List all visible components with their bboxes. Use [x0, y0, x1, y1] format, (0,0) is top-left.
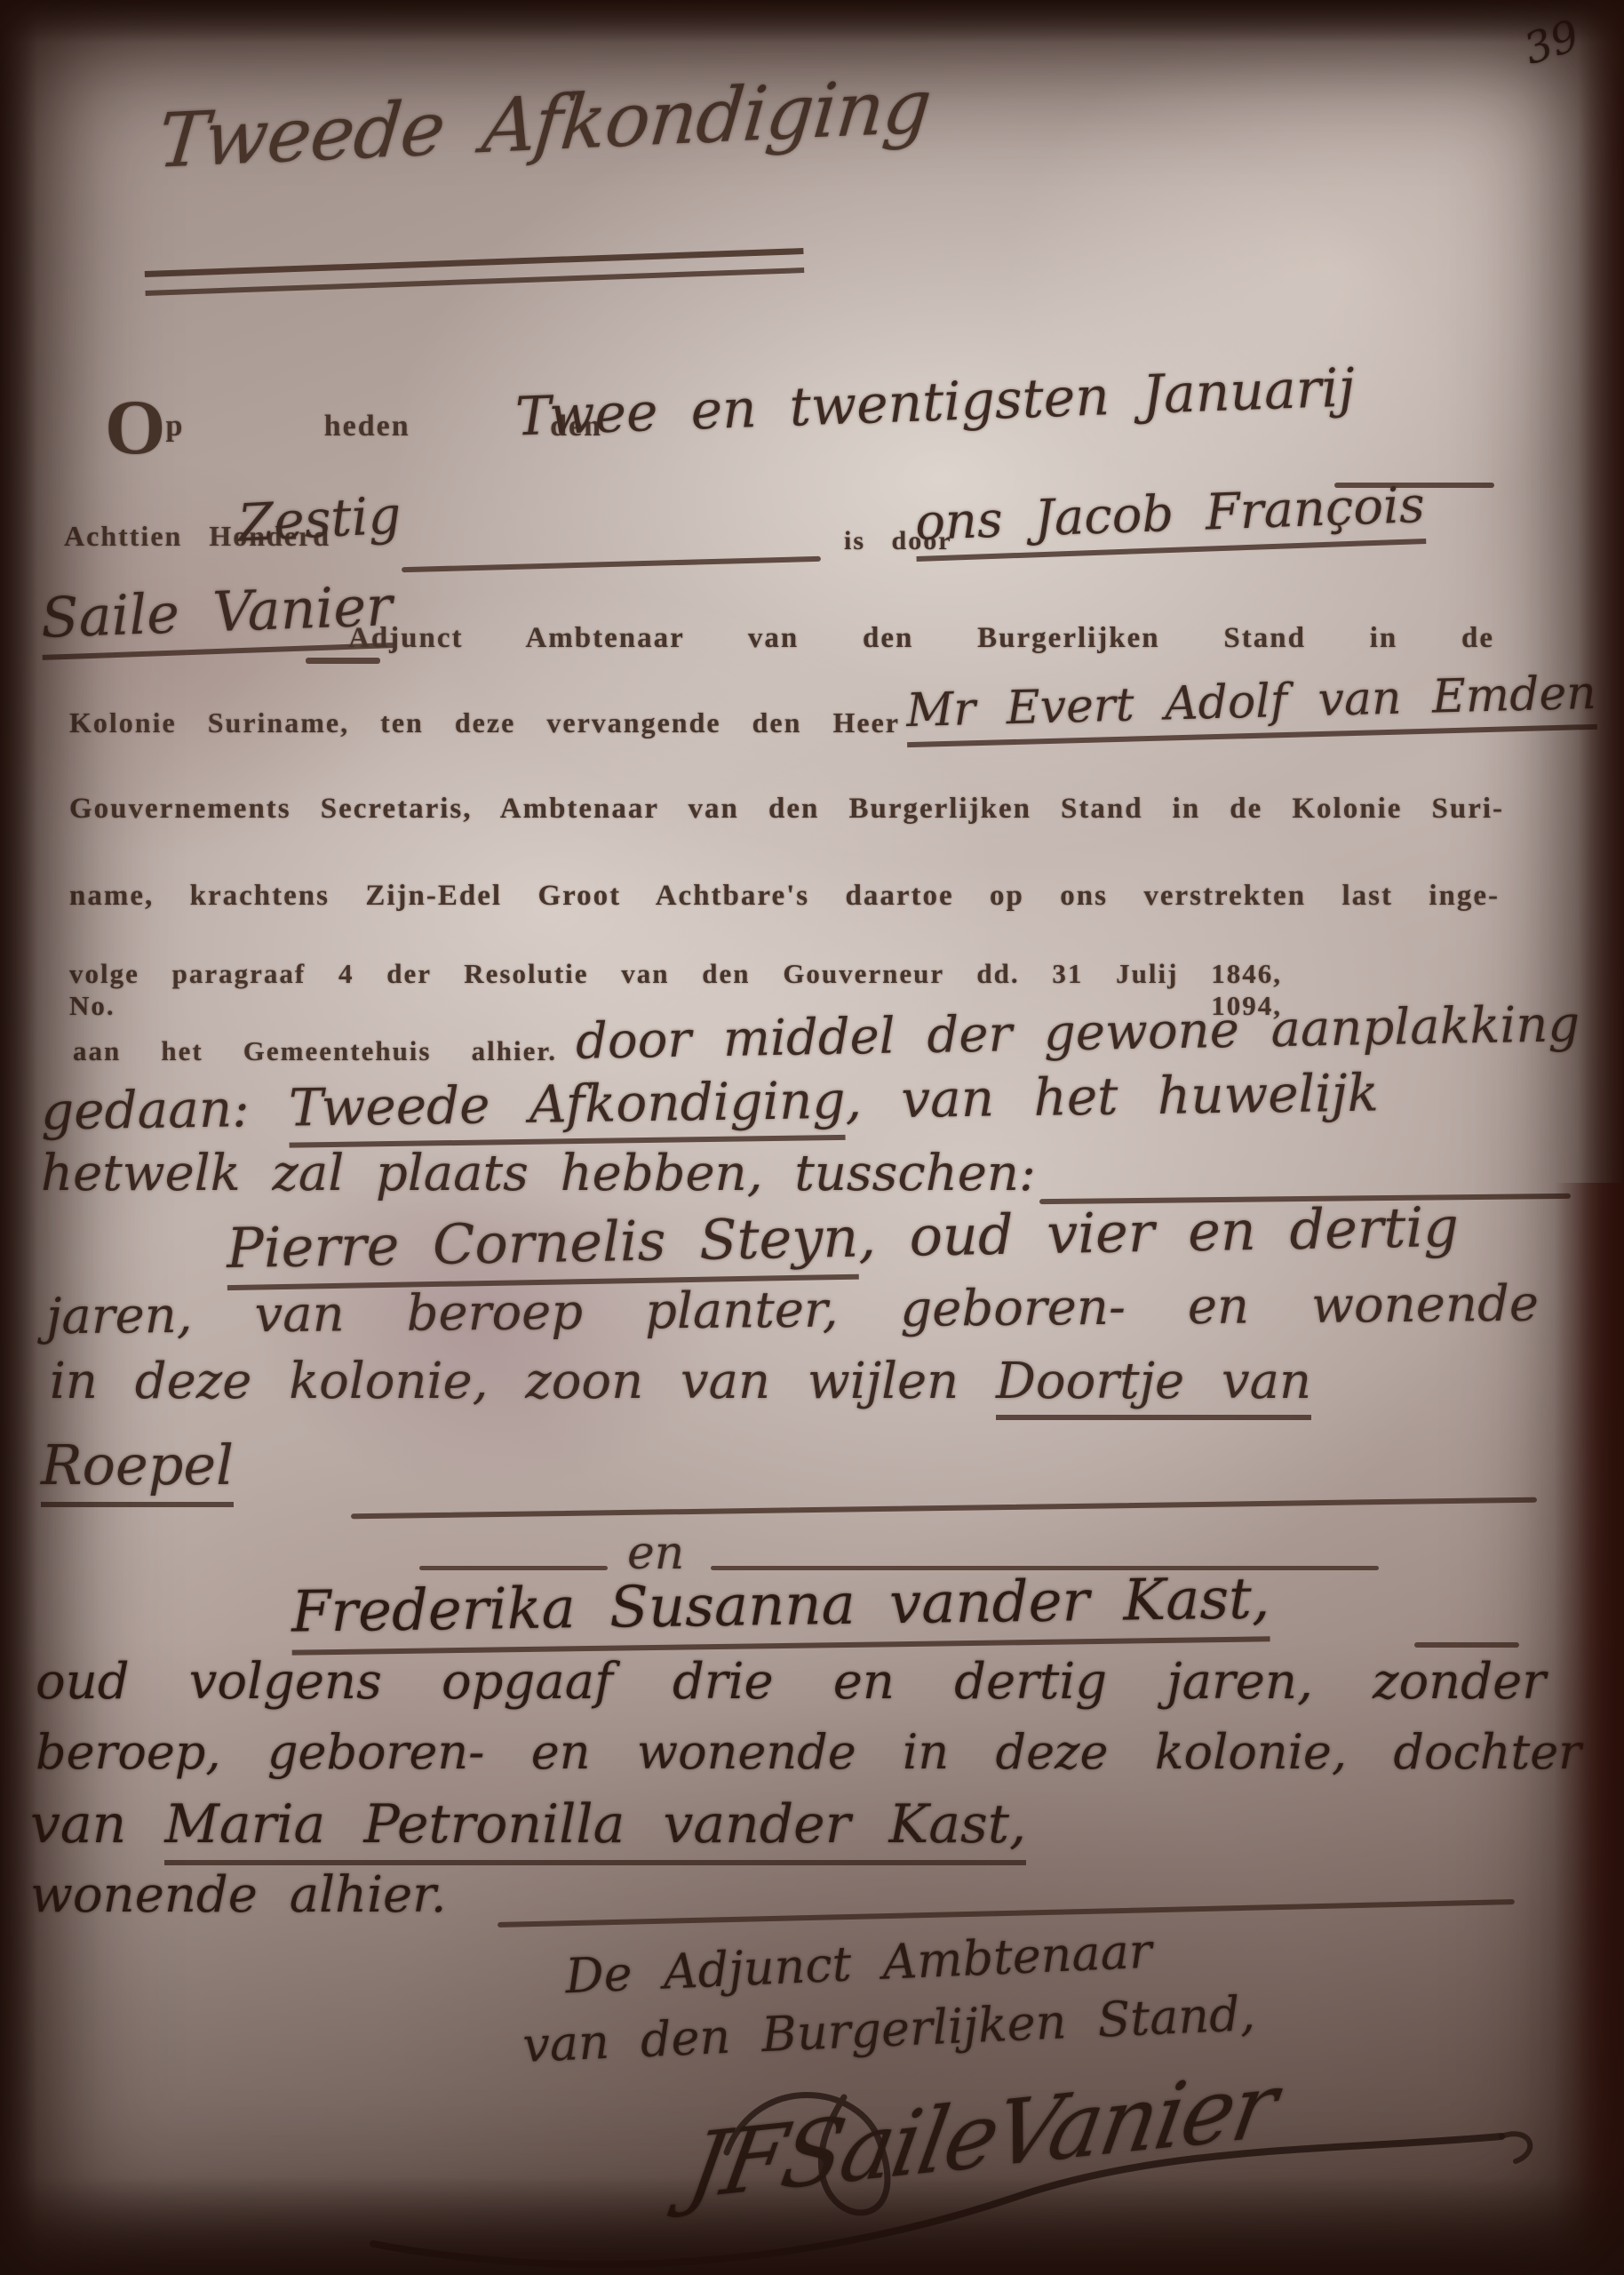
hw-year: Zestig	[236, 484, 402, 554]
printed-krachtens-line: name, krachtens Zijn-Edel Groot Achtbare…	[69, 880, 1500, 913]
fill-line	[306, 658, 380, 664]
hw-bride-details-1: oud volgens opgaaf drie en dertig jaren,…	[36, 1653, 1546, 1711]
hw-bride-mother-name: Maria Petronilla vander Kast,	[164, 1793, 1026, 1865]
printed-gouvernements-line: Gouvernements Secretaris, Ambtenaar van …	[69, 793, 1504, 826]
printed-gemeentehuis-line: aan het Gemeentehuis alhier.	[73, 1035, 557, 1067]
fill-line	[419, 1566, 608, 1570]
fill-line	[1414, 1642, 1519, 1648]
document-photo: 39 Tweede Afkondiging Op heden den Twee …	[0, 0, 1624, 2275]
hw-official-lastname: Saile Vanier	[40, 573, 394, 651]
hw-groom-age: , oud vier en dertig	[858, 1194, 1460, 1270]
hw-connector-en: en	[627, 1527, 684, 1580]
hw-groom-details-3: in deze kolonie, zoon van wijlen Doortje…	[50, 1353, 1311, 1410]
hw-groom-mother-2: Roepel	[41, 1433, 234, 1497]
hw-hetwelk-line: hetwelk zal plaats hebben, tusschen:	[41, 1145, 1036, 1202]
hw-gedaan-pre: gedaan:	[41, 1078, 251, 1141]
hw-groom-mother-2-text: Roepel	[41, 1433, 234, 1507]
printed-kolonie-line: Kolonie Suriname, ten deze vervangende d…	[69, 706, 900, 739]
hw-bride-details-2: beroep, geboren- en wonende in deze kolo…	[36, 1724, 1581, 1780]
hw-groom-name: Pierre Cornelis Steyn	[226, 1205, 859, 1290]
hw-bride-van: van	[30, 1793, 126, 1856]
hw-bride-mother-line: van Maria Petronilla vander Kast,	[30, 1793, 1026, 1856]
hw-gedaan-post: , van het huwelijk	[845, 1062, 1379, 1130]
hw-official-lastname-text: Saile Vanier	[40, 573, 394, 660]
hw-bride-name-text: Frederika Susanna vander Kast,	[291, 1566, 1270, 1655]
hw-groom-mother-1: Doortje van	[996, 1353, 1311, 1420]
hw-bride-residence: wonende alhier.	[30, 1866, 447, 1924]
hw-gedaan-titel: Tweede Afkondiging	[289, 1070, 846, 1148]
printed-adjunct-line: Adjunct Ambtenaar van den Burgerlijken S…	[348, 622, 1494, 655]
dropcap-o: O	[105, 385, 165, 471]
hw-groom-details-3-text: in deze kolonie, zoon van wijlen	[50, 1353, 959, 1410]
hw-bride-name: Frederika Susanna vander Kast,	[291, 1566, 1270, 1645]
